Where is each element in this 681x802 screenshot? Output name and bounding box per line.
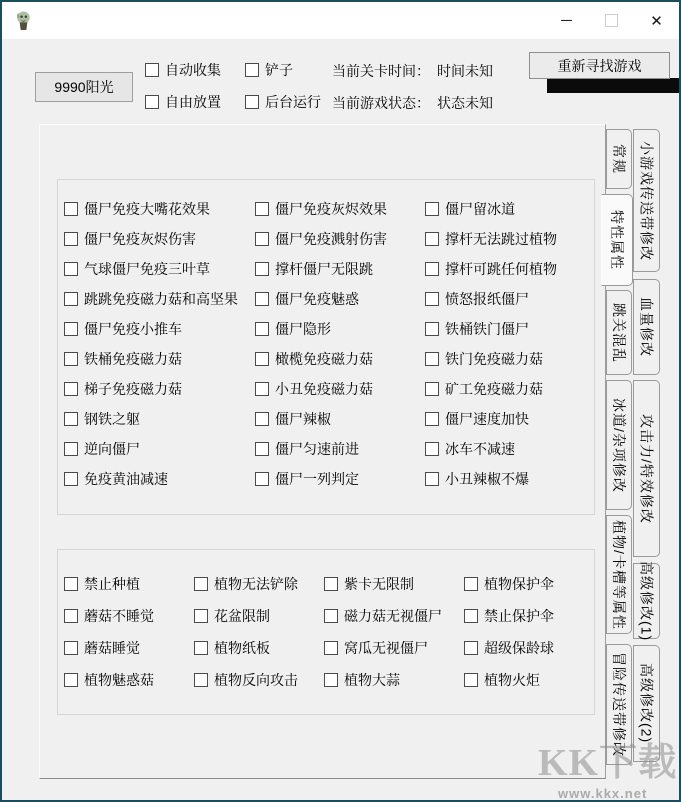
checkbox-label: 僵尸免疫魅惑: [275, 289, 359, 309]
checkbox-box: [464, 641, 478, 655]
zombie-option-checkbox[interactable]: 撑杆可跳任何植物: [425, 259, 594, 279]
checkbox-shovel[interactable]: 铲子: [245, 62, 293, 78]
checkbox-box: [464, 673, 478, 687]
zombie-option-checkbox[interactable]: 僵尸免疫魅惑: [255, 289, 425, 309]
level-time-label: 当前关卡时间：: [332, 63, 430, 79]
zombie-options-group: 僵尸免疫大嘴花效果 僵尸免疫灰烬效果 僵尸留冰道 僵尸免疫灰烬伤害: [57, 179, 595, 515]
checkbox-box: [64, 472, 78, 486]
checkbox-box: [64, 609, 78, 623]
checkbox-label: 僵尸免疫溅射伤害: [275, 229, 387, 249]
checkbox-label: 植物大蒜: [344, 670, 400, 690]
checkbox-box: [425, 202, 439, 216]
zombie-option-checkbox[interactable]: 小丑辣椒不爆: [425, 469, 594, 489]
checkbox-label: 铲子: [265, 60, 293, 80]
checkbox-label: 僵尸一列判定: [275, 469, 359, 489]
checkbox-label: 禁止种植: [84, 574, 140, 594]
checkbox-box: [324, 609, 338, 623]
checkbox-label: 小丑免疫磁力菇: [275, 379, 373, 399]
zombie-option-checkbox[interactable]: 撑杆无法跳过植物: [425, 229, 594, 249]
checkbox-label: 蘑菇不睡觉: [84, 606, 154, 626]
checkbox-box: [324, 641, 338, 655]
zombie-option-checkbox[interactable]: 僵尸速度加快: [425, 409, 594, 429]
checkbox-box: [425, 442, 439, 456]
checkbox-box: [64, 292, 78, 306]
maximize-icon: [605, 14, 618, 27]
checkbox-box: [425, 322, 439, 336]
tab-label: 植物/卡槽等属性: [612, 520, 626, 630]
checkbox-box: [425, 352, 439, 366]
watermark-url: www.kkx.net: [558, 786, 647, 801]
plant-option-checkbox[interactable]: 蘑菇不睡觉: [64, 606, 194, 626]
zombie-option-checkbox[interactable]: 僵尸免疫灰烬伤害: [64, 229, 255, 249]
zombie-option-checkbox[interactable]: 僵尸隐形: [255, 319, 425, 339]
checkbox-label: 禁止保护伞: [484, 606, 554, 626]
checkbox-box: [145, 95, 159, 109]
checkbox-label: 植物保护伞: [484, 574, 554, 594]
plant-option-checkbox[interactable]: 植物魅惑菇: [64, 670, 194, 690]
plant-option-checkbox[interactable]: 禁止种植: [64, 574, 194, 594]
checkbox-label: 磁力菇无视僵尸: [344, 606, 442, 626]
zombie-option-checkbox[interactable]: 铁桶免疫磁力菇: [64, 349, 255, 369]
plant-option-checkbox[interactable]: 紫卡无限制: [324, 574, 464, 594]
plant-option-checkbox[interactable]: 植物无法铲除: [194, 574, 324, 594]
checkbox-box: [64, 232, 78, 246]
zombie-option-checkbox[interactable]: 逆向僵尸: [64, 439, 255, 459]
checkbox-label: 梯子免疫磁力菇: [84, 379, 182, 399]
checkbox-label: 僵尸留冰道: [445, 199, 515, 219]
plant-option-checkbox[interactable]: 植物火炬: [464, 670, 594, 690]
app-window: ─ ✕ 9990阳光 自动收集 铲子 自由放置 后台运行 当前关卡时间：时间未知…: [0, 0, 681, 802]
checkbox-label: 僵尸免疫灰烬效果: [275, 199, 387, 219]
checkbox-label: 撑杆可跳任何植物: [445, 259, 557, 279]
checkbox-label: 铁门免疫磁力菇: [445, 349, 543, 369]
checkbox-label: 僵尸速度加快: [445, 409, 529, 429]
checkbox-box: [464, 609, 478, 623]
tab-label: 高级修改(1): [640, 561, 654, 641]
zombie-option-checkbox[interactable]: 梯子免疫磁力菇: [64, 379, 255, 399]
plant-option-checkbox[interactable]: 超级保龄球: [464, 638, 594, 658]
checkbox-box: [64, 577, 78, 591]
checkbox-box: [425, 232, 439, 246]
game-state-status: 当前游戏状态：状态未知: [332, 93, 493, 113]
refind-button-shadow: [547, 78, 679, 93]
checkbox-label: 窝瓜无视僵尸: [344, 638, 428, 658]
tab-level-chaos[interactable]: 跳关混乱: [606, 290, 632, 375]
checkbox-box: [255, 292, 269, 306]
checkbox-box: [145, 63, 159, 77]
checkbox-box: [245, 63, 259, 77]
checkbox-label: 植物火炬: [484, 670, 540, 690]
tab-page-feature-props: 僵尸免疫大嘴花效果 僵尸免疫灰烬效果 僵尸留冰道 僵尸免疫灰烬伤害: [39, 124, 606, 779]
checkbox-box: [64, 442, 78, 456]
minimize-button[interactable]: ─: [544, 2, 589, 39]
zombie-option-checkbox[interactable]: 气球僵尸免疫三叶草: [64, 259, 255, 279]
checkbox-label: 后台运行: [265, 92, 321, 112]
checkbox-label: 僵尸辣椒: [275, 409, 331, 429]
checkbox-box: [255, 202, 269, 216]
checkbox-box: [64, 641, 78, 655]
checkbox-box: [194, 641, 208, 655]
plant-option-checkbox[interactable]: 植物反向攻击: [194, 670, 324, 690]
checkbox-box: [255, 232, 269, 246]
game-state-value: 状态未知: [437, 95, 493, 111]
tab-minigame-conveyor-edit[interactable]: 小游戏传送带修改: [633, 129, 660, 272]
plant-option-checkbox[interactable]: 磁力菇无视僵尸: [324, 606, 464, 626]
checkbox-box: [64, 412, 78, 426]
sun-amount-button[interactable]: 9990阳光: [35, 72, 133, 102]
app-icon: [14, 10, 33, 31]
watermark-logo: KK下载: [538, 731, 677, 786]
checkbox-box: [194, 673, 208, 687]
checkbox-label: 植物反向攻击: [214, 670, 298, 690]
zombie-option-checkbox[interactable]: 铁桶铁门僵尸: [425, 319, 594, 339]
zombie-option-checkbox[interactable]: 跳跳免疫磁力菇和高坚果: [64, 289, 255, 309]
tab-label: 常规: [612, 144, 626, 174]
zombie-option-checkbox[interactable]: 僵尸免疫大嘴花效果: [64, 199, 255, 219]
tab-ice-misc-edit[interactable]: 冰道/杂项修改: [606, 380, 632, 510]
tab-label: 特性属性: [610, 210, 624, 270]
checkbox-box: [255, 412, 269, 426]
plant-option-checkbox[interactable]: 蘑菇睡觉: [64, 638, 194, 658]
plant-option-checkbox[interactable]: 植物纸板: [194, 638, 324, 658]
checkbox-label: 植物纸板: [214, 638, 270, 658]
plant-option-checkbox[interactable]: 窝瓜无视僵尸: [324, 638, 464, 658]
tab-label: 攻击力/特效修改: [640, 414, 654, 524]
checkbox-box: [245, 95, 259, 109]
checkbox-box: [255, 442, 269, 456]
game-state-label: 当前游戏状态：: [332, 95, 430, 111]
checkbox-label: 蘑菇睡觉: [84, 638, 140, 658]
checkbox-box: [425, 262, 439, 276]
tab-attack-effects-edit[interactable]: 攻击力/特效修改: [633, 380, 660, 557]
checkbox-box: [64, 382, 78, 396]
checkbox-box: [64, 352, 78, 366]
tab-feature-props[interactable]: 特性属性: [601, 194, 633, 286]
zombie-option-checkbox[interactable]: 免疫黄油减速: [64, 469, 255, 489]
zombie-option-checkbox[interactable]: 撑杆僵尸无限跳: [255, 259, 425, 279]
checkbox-label: 钢铁之躯: [84, 409, 140, 429]
checkbox-label: 僵尸隐形: [275, 319, 331, 339]
checkbox-free-place[interactable]: 自由放置: [145, 94, 221, 110]
tab-label: 冰道/杂项修改: [612, 398, 626, 493]
tab-hp-edit[interactable]: 血量修改: [633, 279, 660, 375]
checkbox-background-run[interactable]: 后台运行: [245, 94, 321, 110]
zombie-option-checkbox[interactable]: 冰车不减速: [425, 439, 594, 459]
zombie-option-checkbox[interactable]: 小丑免疫磁力菇: [255, 379, 425, 399]
checkbox-box: [464, 577, 478, 591]
zombie-option-checkbox[interactable]: 僵尸免疫灰烬效果: [255, 199, 425, 219]
zombie-option-checkbox[interactable]: 僵尸辣椒: [255, 409, 425, 429]
zombie-option-checkbox[interactable]: 矿工免疫磁力菇: [425, 379, 594, 399]
checkbox-box: [64, 673, 78, 687]
title-bar: ─ ✕: [2, 2, 679, 39]
window-controls: ─ ✕: [544, 2, 679, 39]
checkbox-label: 撑杆无法跳过植物: [445, 229, 557, 249]
checkbox-label: 跳跳免疫磁力菇和高坚果: [84, 289, 238, 309]
checkbox-label: 矿工免疫磁力菇: [445, 379, 543, 399]
checkbox-box: [255, 322, 269, 336]
plant-option-checkbox[interactable]: 花盆限制: [194, 606, 324, 626]
checkbox-label: 铁桶铁门僵尸: [445, 319, 529, 339]
tab-label: 跳关混乱: [612, 303, 626, 363]
checkbox-label: 自动收集: [165, 60, 221, 80]
checkbox-label: 铁桶免疫磁力菇: [84, 349, 182, 369]
checkbox-box: [64, 202, 78, 216]
zombie-option-checkbox[interactable]: 僵尸免疫小推车: [64, 319, 255, 339]
checkbox-box: [425, 292, 439, 306]
checkbox-auto-collect[interactable]: 自动收集: [145, 62, 221, 78]
checkbox-label: 僵尸免疫灰烬伤害: [84, 229, 196, 249]
tab-label: 血量修改: [640, 297, 654, 357]
checkbox-label: 僵尸免疫大嘴花效果: [84, 199, 210, 219]
plant-option-checkbox[interactable]: 植物大蒜: [324, 670, 464, 690]
checkbox-label: 橄榄免疫磁力菇: [275, 349, 373, 369]
zombie-option-checkbox[interactable]: 愤怒报纸僵尸: [425, 289, 594, 309]
checkbox-label: 僵尸匀速前进: [275, 439, 359, 459]
checkbox-label: 气球僵尸免疫三叶草: [84, 259, 210, 279]
plant-option-checkbox[interactable]: 禁止保护伞: [464, 606, 594, 626]
zombie-option-checkbox[interactable]: 僵尸匀速前进: [255, 439, 425, 459]
zombie-option-checkbox[interactable]: 僵尸免疫溅射伤害: [255, 229, 425, 249]
checkbox-box: [255, 472, 269, 486]
tab-plant-slot-props[interactable]: 植物/卡槽等属性: [606, 515, 632, 634]
checkbox-label: 逆向僵尸: [84, 439, 140, 459]
zombie-option-checkbox[interactable]: 钢铁之躯: [64, 409, 255, 429]
checkbox-label: 花盆限制: [214, 606, 270, 626]
tab-general[interactable]: 常规: [606, 129, 632, 189]
checkbox-label: 紫卡无限制: [344, 574, 414, 594]
checkbox-box: [324, 673, 338, 687]
checkbox-box: [425, 472, 439, 486]
checkbox-label: 植物魅惑菇: [84, 670, 154, 690]
plant-options-group: 禁止种植 植物无法铲除 紫卡无限制 植物保护伞: [57, 549, 595, 715]
checkbox-box: [255, 262, 269, 276]
checkbox-box: [64, 322, 78, 336]
close-button[interactable]: ✕: [634, 2, 679, 39]
checkbox-box: [324, 577, 338, 591]
checkbox-label: 自由放置: [165, 92, 221, 112]
zombie-option-checkbox[interactable]: 僵尸一列判定: [255, 469, 425, 489]
tab-advanced-edit-1[interactable]: 高级修改(1): [633, 563, 660, 639]
checkbox-label: 僵尸免疫小推车: [84, 319, 182, 339]
refind-game-button[interactable]: 重新寻找游戏: [529, 52, 670, 79]
maximize-button[interactable]: [589, 2, 634, 39]
checkbox-label: 超级保龄球: [484, 638, 554, 658]
checkbox-box: [425, 412, 439, 426]
plant-option-checkbox[interactable]: 植物保护伞: [464, 574, 594, 594]
checkbox-label: 免疫黄油减速: [84, 469, 168, 489]
zombie-option-checkbox[interactable]: 僵尸留冰道: [425, 199, 594, 219]
checkbox-box: [194, 609, 208, 623]
checkbox-box: [255, 352, 269, 366]
level-time-status: 当前关卡时间：时间未知: [332, 61, 493, 81]
checkbox-label: 植物无法铲除: [214, 574, 298, 594]
checkbox-label: 撑杆僵尸无限跳: [275, 259, 373, 279]
checkbox-box: [194, 577, 208, 591]
tab-label: 小游戏传送带修改: [640, 141, 654, 261]
checkbox-box: [64, 262, 78, 276]
checkbox-label: 小丑辣椒不爆: [445, 469, 529, 489]
checkbox-label: 冰车不减速: [445, 439, 515, 459]
zombie-option-checkbox[interactable]: 橄榄免疫磁力菇: [255, 349, 425, 369]
level-time-value: 时间未知: [437, 63, 493, 79]
checkbox-box: [255, 382, 269, 396]
zombie-option-checkbox[interactable]: 铁门免疫磁力菇: [425, 349, 594, 369]
checkbox-label: 愤怒报纸僵尸: [445, 289, 529, 309]
checkbox-box: [425, 382, 439, 396]
